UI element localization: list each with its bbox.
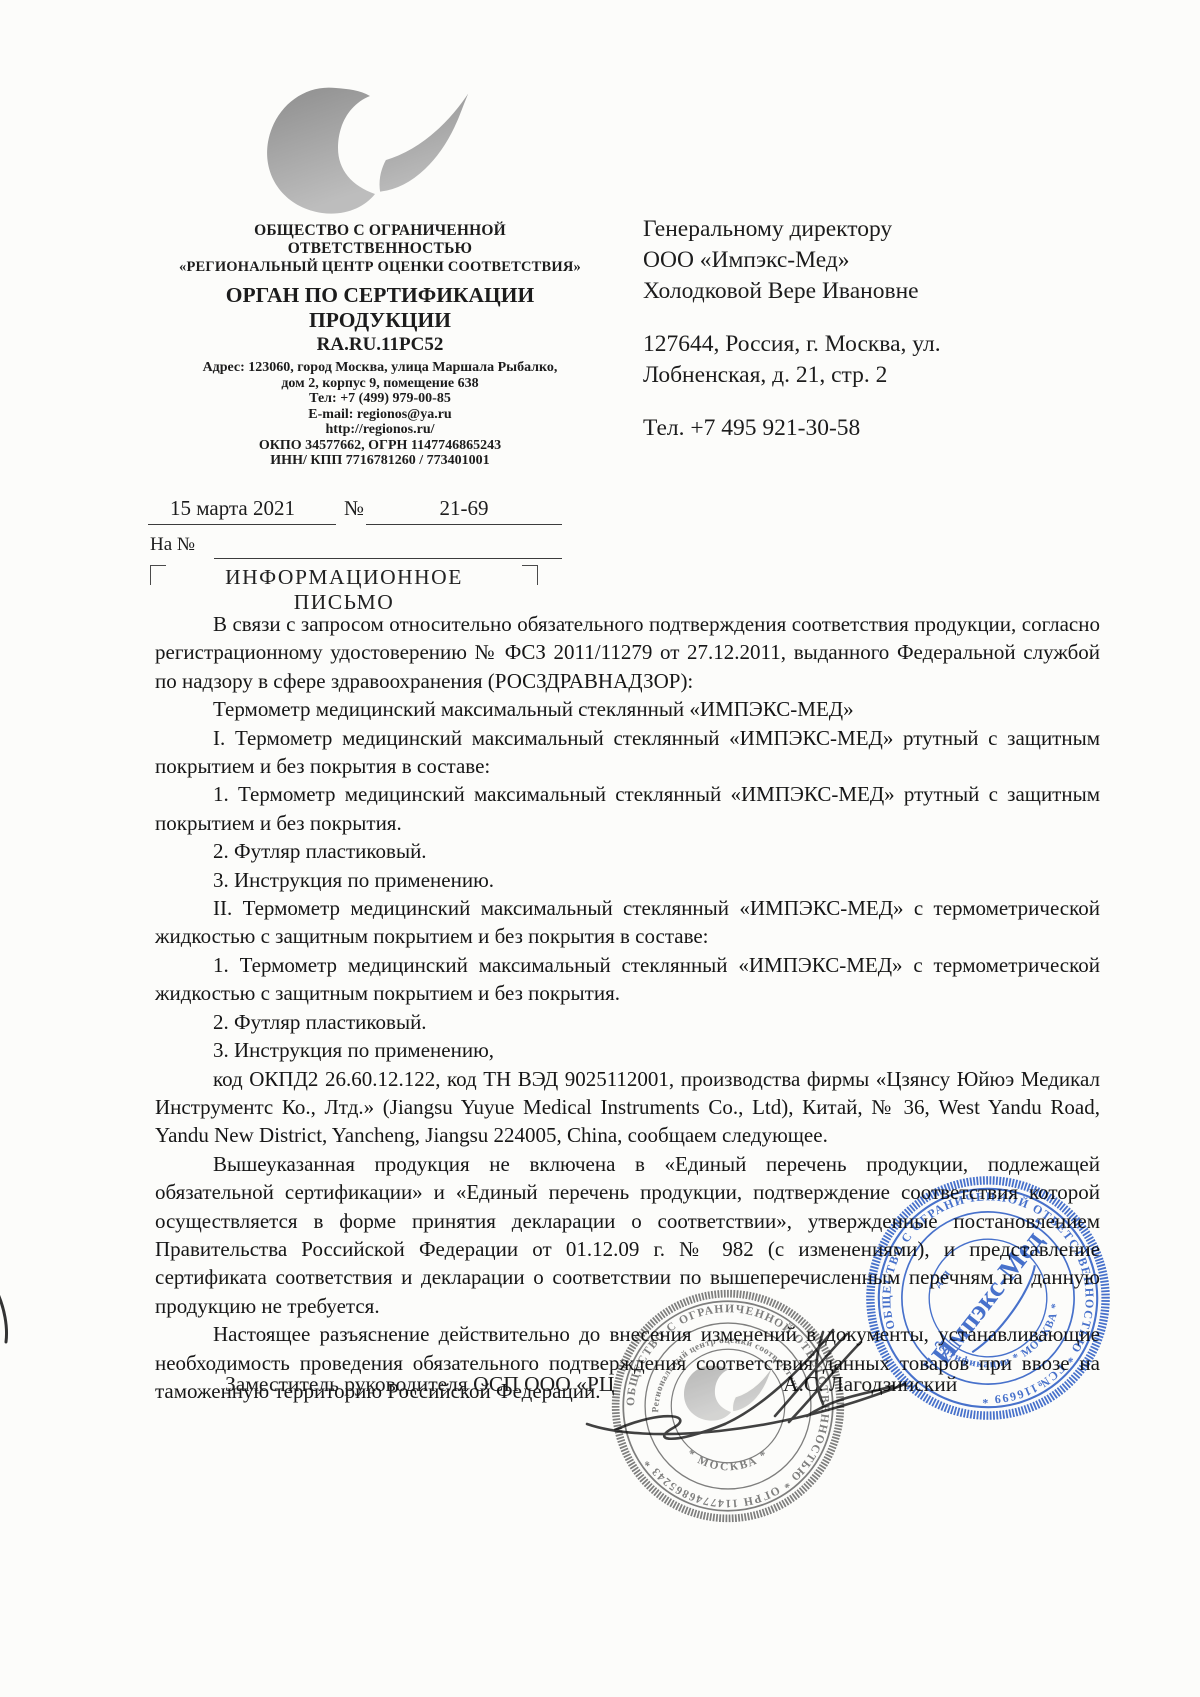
addressee-company: ООО «Импэкс-Мед»	[643, 245, 1093, 276]
number-sign: №	[344, 496, 364, 521]
body-paragraph: В связи с запросом относительно обязател…	[155, 610, 1100, 695]
body-paragraph: Термометр медицинский максимальный стекл…	[155, 695, 1100, 723]
letterhead-email: E-mail: regionos@ya.ru	[146, 407, 614, 423]
body-paragraph: 3. Инструкция по применению,	[155, 1036, 1100, 1064]
cert-body-line1: ОРГАН ПО СЕРТИФИКАЦИИ	[146, 283, 614, 308]
addressee-phone: Тел. +7 495 921-30-58	[643, 413, 1093, 444]
letter-number: 21-69	[368, 496, 560, 521]
corner-bracket-right	[522, 565, 538, 585]
round-stamp-blue: ОБЩЕСТВО С ОГРАНИЧЕННОЙ ОТВЕТСТВЕННОСТЬЮ…	[862, 1172, 1114, 1424]
logo-swoosh-shape	[267, 82, 474, 214]
addressee-block: Генеральному директору ООО «Импэкс-Мед» …	[643, 214, 1093, 444]
body-paragraph: 2. Футляр пластиковый.	[155, 1008, 1100, 1036]
letter-date: 15 марта 2021	[170, 496, 295, 521]
org-name-line2: ОТВЕТСТВЕННОСТЬЮ	[146, 240, 614, 258]
pen-mark	[0, 1288, 22, 1348]
title-row: ИНФОРМАЦИОННОЕ ПИСЬМО	[150, 563, 538, 593]
date-underline	[148, 523, 336, 525]
addressee-role: Генеральному директору	[643, 214, 1093, 245]
addressee-address-2: Лобненская, д. 21, стр. 2	[643, 360, 1093, 391]
blue-stamp-small-text: для	[931, 1268, 952, 1290]
body-paragraph: 1. Термометр медицинский максимальный ст…	[155, 780, 1100, 837]
cert-body-line2: ПРОДУКЦИИ	[146, 308, 614, 333]
blue-stamp-center-text: "Импэкс-Мед"	[917, 1213, 1060, 1383]
body-paragraph: 1. Термометр медицинский максимальный ст…	[155, 951, 1100, 1008]
body-paragraph: 2. Футляр пластиковый.	[155, 837, 1100, 865]
corner-bracket-left	[150, 565, 166, 585]
letterhead-address-1: Адрес: 123060, город Москва, улица Марша…	[146, 360, 614, 376]
body-paragraph: код ОКПД2 26.60.12.122, код ТН ВЭД 90251…	[155, 1065, 1100, 1150]
addressee-person: Холодковой Вере Ивановне	[643, 276, 1093, 307]
body-paragraph: II. Термометр медицинский максимальный с…	[155, 894, 1100, 951]
letterhead-inn-kpp: ИНН/ КПП 7716781260 / 773401001	[146, 453, 614, 469]
addressee-address-1: 127644, Россия, г. Москва, ул.	[643, 329, 1093, 360]
org-name-line1: ОБЩЕСТВО С ОГРАНИЧЕННОЙ	[146, 222, 614, 240]
cert-reg-number: RA.RU.11PC52	[146, 333, 614, 356]
number-underline	[366, 523, 562, 525]
company-logo	[258, 80, 493, 220]
on-number-underline	[214, 557, 562, 559]
letterhead-address-2: дом 2, корпус 9, помещение 638	[146, 376, 614, 392]
body-paragraph: 3. Инструкция по применению.	[155, 866, 1100, 894]
on-number-label: На №	[150, 534, 195, 556]
document-page: ОБЩЕСТВО С ОГРАНИЧЕННОЙ ОТВЕТСТВЕННОСТЬЮ…	[0, 0, 1200, 1697]
letterhead: ОБЩЕСТВО С ОГРАНИЧЕННОЙ ОТВЕТСТВЕННОСТЬЮ…	[146, 222, 614, 469]
letter-title: ИНФОРМАЦИОННОЕ ПИСЬМО	[172, 565, 516, 615]
letterhead-okpo-ogrn: ОКПО 34577662, ОГРН 1147746865243	[146, 438, 614, 454]
letterhead-phone: Тел: +7 (499) 979-00-85	[146, 391, 614, 407]
org-name-line3: «РЕГИОНАЛЬНЫЙ ЦЕНТР ОЦЕНКИ СООТВЕТСТВИЯ»	[146, 258, 614, 276]
letterhead-website: http://regionos.ru/	[146, 422, 614, 438]
signature-position: Заместитель руководителя ОСП ООО «РЦ	[225, 1372, 614, 1397]
body-paragraph: I. Термометр медицинский максимальный ст…	[155, 724, 1100, 781]
